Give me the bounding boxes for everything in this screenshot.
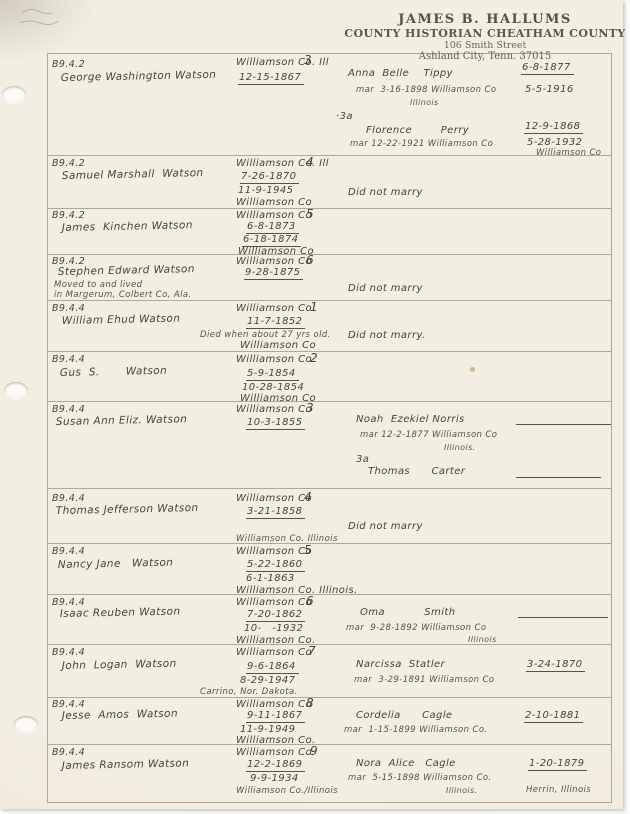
spouse-birth-date: 1-20-1879 — [528, 758, 587, 771]
spouse-birth-date: 3-24-1870 — [526, 659, 585, 672]
child-number: 5 — [304, 545, 312, 556]
marriage-place: Illinois. — [444, 442, 476, 453]
birth-county: Williamson Co — [236, 546, 312, 557]
spouse-name: Oma Smith — [360, 607, 455, 618]
record-id: B9.4.4 — [52, 699, 85, 710]
spouse-name: Anna Belle Tippy — [348, 68, 453, 79]
second-marriage-marker: ·3a — [336, 111, 353, 122]
blank-line — [516, 468, 601, 478]
genealogy-table: B9.4.2 George Washington Watson Williams… — [47, 53, 612, 803]
spouse2-death-date: 5-28-1932 — [527, 137, 582, 148]
birth-date: 12-2-1869 — [246, 759, 305, 772]
record-row: B9.4.4 James Ransom Watson Williamson Co… — [48, 745, 611, 804]
spouse-name: Nora Alice Cagle — [356, 758, 456, 769]
person-name: John Logan Watson — [62, 659, 177, 672]
person-name: Susan Ann Eliz. Watson — [56, 414, 188, 428]
record-row: B9.4.4 Nancy Jane Watson Williamson Co 5… — [48, 544, 611, 595]
birth-county: Williamson Co — [236, 597, 312, 608]
person-name: Jesse Amos Watson — [62, 709, 178, 722]
blank-line — [518, 608, 608, 618]
birth-county: Williamson Co — [236, 747, 312, 758]
death-place: Carrino, Nor. Dakota. — [200, 687, 298, 698]
did-not-marry-note: Did not marry — [348, 521, 423, 532]
record-row: B9.4.4 John Logan Watson Williamson Co 7… — [48, 645, 611, 698]
residence-note: in Margerum, Colbert Co, Ala. — [54, 290, 192, 301]
spouse-birth-date: 2-10-1881 — [524, 710, 583, 723]
death-date: 11-9-1945 — [238, 185, 293, 196]
spouse-name: Narcissa Statler — [356, 659, 445, 670]
birth-date: 5-9-1854 — [246, 368, 299, 381]
spouse-death-date: 5-5-1916 — [525, 84, 574, 95]
historian-title: COUNTY HISTORIAN CHEATHAM COUNTY — [335, 27, 630, 40]
marriage-place: Illinois — [468, 634, 497, 645]
birth-county: Williamson Co — [236, 404, 312, 415]
birth-date: 9-28-1875 — [244, 267, 303, 280]
birth-county: Williamson Co — [236, 210, 312, 221]
punch-hole — [4, 382, 28, 399]
pencil-scribble — [16, 3, 70, 37]
address-street: 106 Smith Street — [335, 40, 630, 51]
child-number: 9 — [310, 746, 318, 757]
person-name: George Washington Watson — [61, 70, 217, 84]
death-place: Williamson Co./Illinois — [236, 786, 338, 797]
spouse2-birth-date: 12-9-1868 — [524, 121, 583, 134]
punch-hole — [14, 716, 38, 733]
marriage-line: mar 3-29-1891 Williamson Co — [354, 675, 494, 686]
birth-date: 3-21-1858 — [246, 506, 305, 519]
person-name: Samuel Marshall Watson — [62, 168, 204, 182]
birth-date: 7-26-1870 — [240, 171, 299, 184]
death-date: 10- -1932 — [244, 623, 303, 634]
child-number: 6 — [306, 255, 314, 266]
did-not-marry-note: Did not marry — [348, 283, 423, 294]
marriage2-line: mar 12-22-1921 Williamson Co — [350, 139, 493, 150]
person-name: Stephen Edward Watson — [58, 264, 195, 278]
record-row: B9.4.2 Stephen Edward Watson Moved to an… — [48, 255, 611, 301]
birth-county: Williamson Co — [236, 303, 312, 314]
death-date: 8-29-1947 — [240, 675, 295, 686]
record-id: B9.4.4 — [52, 597, 85, 608]
record-id: B9.4.4 — [52, 303, 85, 314]
record-id: B9.4.4 — [52, 354, 85, 365]
birth-date: 12-15-1867 — [238, 72, 304, 85]
child-number: 1 — [310, 302, 318, 313]
spouse-name: Cordelia Cagle — [356, 710, 452, 721]
marriage-line: mar 1-15-1899 Williamson Co. — [344, 725, 488, 736]
did-not-marry-note: Did not marry — [348, 187, 423, 198]
record-id: B9.4.4 — [52, 747, 85, 758]
second-marriage-marker: 3a — [356, 454, 369, 465]
spouse2-name: Thomas Carter — [368, 466, 465, 477]
person-name: James Kinchen Watson — [62, 220, 193, 234]
record-id: B9.4.2 — [52, 210, 85, 221]
death-date: 6-1-1863 — [246, 573, 295, 584]
death-place: Williamson Co — [240, 340, 316, 351]
scanned-page: JAMES B. HALLUMS COUNTY HISTORIAN CHEATH… — [0, 0, 623, 809]
marriage-place: Illinois. — [446, 785, 478, 796]
spouse-birth-date: 6-8-1877 — [521, 62, 574, 75]
historian-name: JAMES B. HALLUMS — [335, 13, 630, 27]
child-number: 4 — [304, 492, 312, 503]
birth-county: Williamson Co — [236, 354, 312, 365]
birth-date: 11-7-1852 — [246, 316, 305, 329]
birth-county: Williamson Co. Ill — [236, 57, 329, 68]
child-number: 6 — [306, 596, 314, 607]
birth-county: Williamson Co — [236, 699, 312, 710]
death-date: 9-9-1934 — [250, 773, 299, 784]
child-number: 5 — [306, 209, 314, 220]
birth-date: 5-22-1860 — [246, 559, 305, 572]
record-row: B9.4.4 Susan Ann Eliz. Watson Williamson… — [48, 402, 611, 489]
child-number: 2 — [310, 353, 318, 364]
record-row: B9.4.4 William Ehud Watson Williamson Co… — [48, 301, 611, 352]
person-name: Thomas Jefferson Watson — [56, 503, 199, 517]
punch-hole — [2, 86, 26, 103]
record-id: B9.4.2 — [52, 158, 85, 169]
birth-county: Williamson Co — [236, 256, 312, 267]
death-date: 10-28-1854 — [242, 382, 304, 393]
death-place: Williamson Co — [236, 197, 312, 208]
record-row: B9.4.2 James Kinchen Watson Williamson C… — [48, 209, 611, 255]
child-number: 3 — [304, 55, 312, 66]
child-number: 4 — [306, 157, 314, 168]
child-number: 7 — [308, 646, 316, 657]
person-name: Isaac Reuben Watson — [60, 606, 181, 620]
birth-county: Williamson Co — [236, 493, 312, 504]
record-id: B9.4.4 — [52, 647, 85, 658]
record-row: B9.4.4 Isaac Reuben Watson Williamson Co… — [48, 595, 611, 645]
spouse-name: Noah Ezekiel Norris — [356, 414, 465, 425]
did-not-marry-note: Did not marry. — [348, 330, 426, 341]
spouse2-name: Florence Perry — [366, 125, 469, 136]
record-id: B9.4.4 — [52, 546, 85, 557]
birth-county: Williamson Co — [236, 647, 312, 658]
marriage-line: mar 3-16-1898 Williamson Co — [356, 85, 496, 96]
birth-date: 7-20-1862 — [246, 609, 305, 622]
marriage-line: mar 12-2-1877 Williamson Co — [360, 430, 497, 441]
birth-county: Williamson Co. Ill — [236, 158, 329, 169]
blank-line — [516, 415, 611, 425]
marriage-place: Illinois — [410, 97, 439, 108]
person-name: James Ransom Watson — [62, 758, 190, 772]
child-number: 8 — [306, 698, 314, 709]
person-name: William Ehud Watson — [62, 314, 181, 327]
person-name: Nancy Jane Watson — [58, 558, 174, 571]
address-city: Ashland City, Tenn. 37015 — [335, 51, 630, 62]
marriage-line: mar 5-15-1898 Williamson Co. — [348, 773, 492, 784]
person-name: Gus S. Watson — [60, 366, 167, 379]
birth-date: 10-3-1855 — [246, 417, 305, 430]
record-id: B9.4.2 — [52, 59, 85, 70]
letterhead: JAMES B. HALLUMS COUNTY HISTORIAN CHEATH… — [335, 13, 630, 62]
record-id: B9.4.4 — [52, 404, 85, 415]
birth-date: 6-8-1873 — [246, 221, 299, 234]
birth-date: 9-11-1867 — [246, 710, 305, 723]
record-row: B9.4.4 Thomas Jefferson Watson Williamso… — [48, 489, 611, 544]
marriage-line: mar 9-28-1892 Williamson Co — [346, 623, 486, 634]
record-row: B9.4.4 Gus S. Watson Williamson Co 2 5-9… — [48, 352, 611, 402]
birth-date: 9-6-1864 — [246, 661, 299, 674]
death-date: 11-9-1949 — [240, 724, 295, 735]
child-number: 3 — [306, 403, 314, 414]
record-id: B9.4.4 — [52, 493, 85, 504]
record-row: B9.4.2 Samuel Marshall Watson Williamson… — [48, 156, 611, 209]
record-row: B9.4.4 Jesse Amos Watson Williamson Co 8… — [48, 698, 611, 745]
spouse-death-place: Herrin, Illinois — [526, 785, 591, 796]
record-row: B9.4.2 George Washington Watson Williams… — [48, 54, 611, 156]
